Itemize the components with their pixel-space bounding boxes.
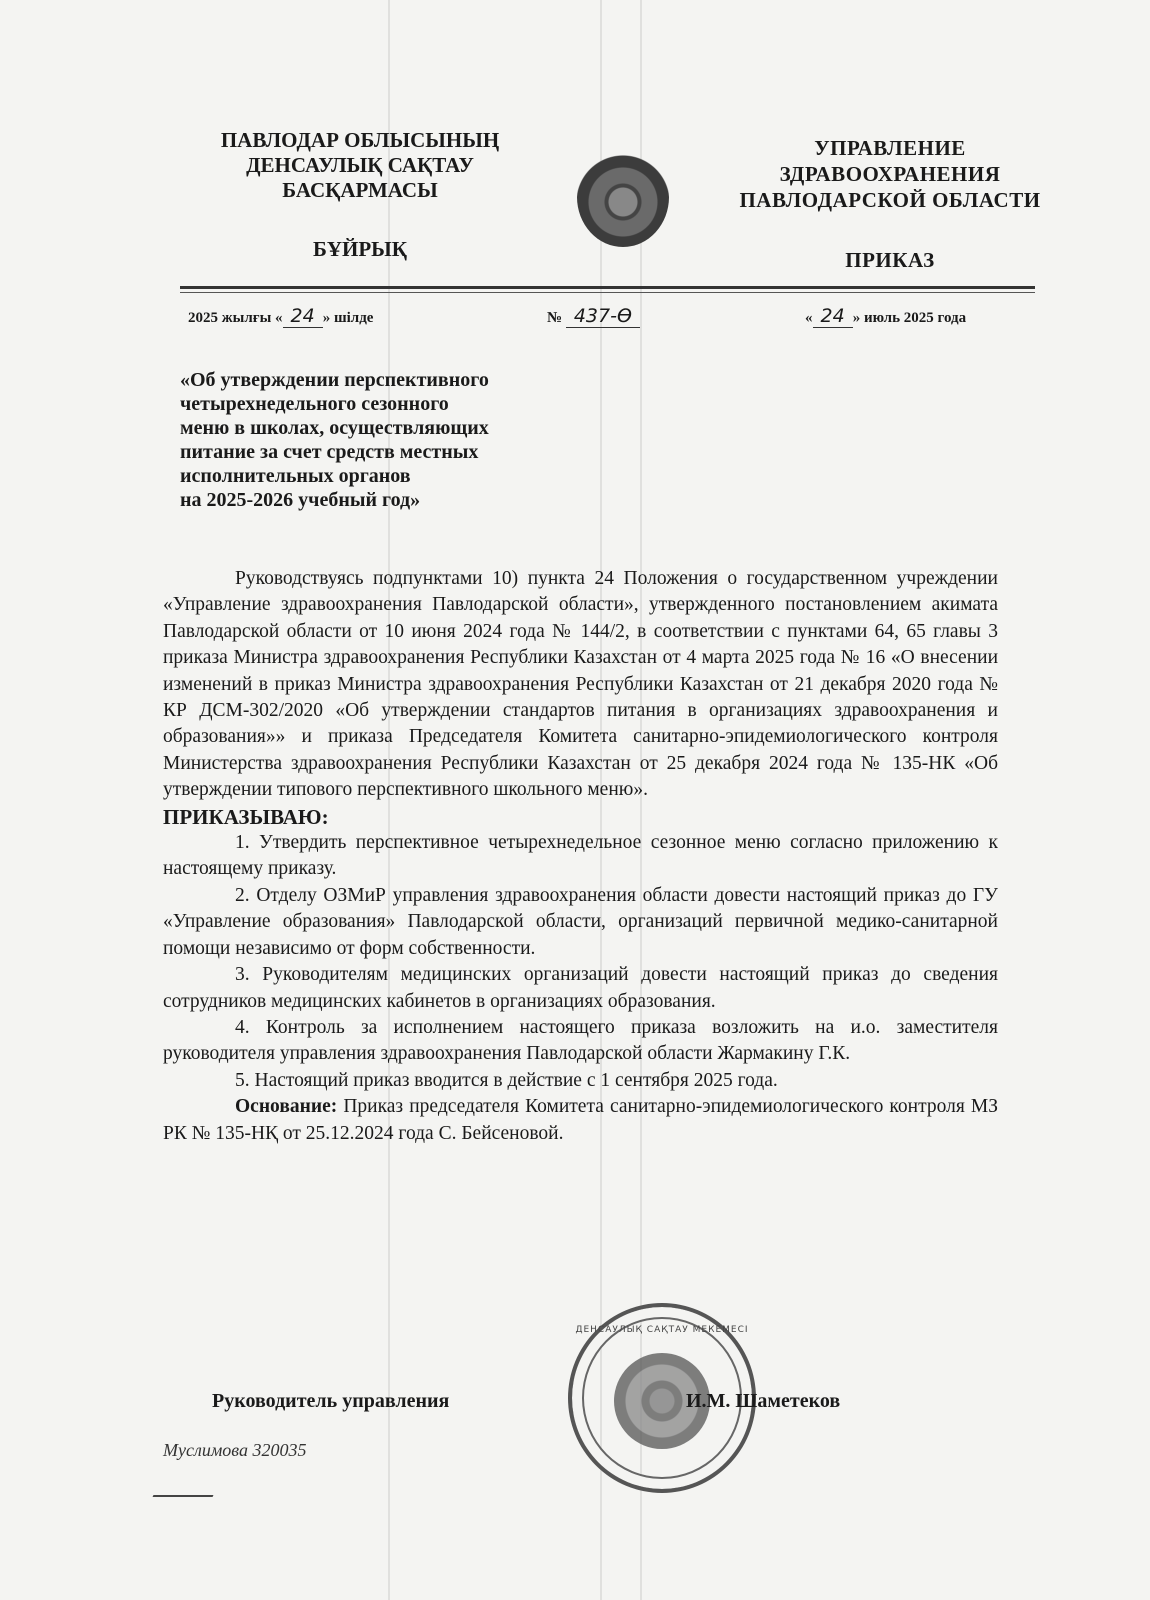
subject-line: меню в школах, осуществляющих	[180, 416, 560, 440]
state-emblem-icon	[577, 147, 669, 247]
subject-line: четырехнедельного сезонного	[180, 392, 560, 416]
org-name-ru-line: ЗДРАВООХРАНЕНИЯ	[730, 161, 1050, 187]
order-item: 3. Руководителям медицинских организаций…	[163, 962, 998, 1015]
basis-label: Основание:	[235, 1096, 337, 1117]
document-page: ПАВЛОДАР ОБЛЫСЫНЫҢ ДЕНСАУЛЫҚ САҚТАУ БАСҚ…	[0, 0, 1150, 1600]
header-right-ru: УПРАВЛЕНИЕ ЗДРАВООХРАНЕНИЯ ПАВЛОДАРСКОЙ …	[730, 135, 1050, 273]
preamble: Руководствуясь подпунктами 10) пункта 24…	[163, 566, 998, 804]
date-kz: 2025 жылғы «24» шілде	[188, 305, 373, 327]
executor-note: Муслимова 320035	[163, 1440, 307, 1461]
subject-line: на 2025-2026 учебный год»	[180, 488, 560, 512]
subject-line: исполнительных органов	[180, 464, 560, 488]
header-rule-thin	[180, 292, 1035, 293]
order-subject: «Об утверждении перспективного четырехне…	[180, 368, 560, 512]
doc-type-kz: БҰЙРЫҚ	[190, 237, 530, 262]
order-item: 1. Утвердить перспективное четырехнедель…	[163, 830, 998, 883]
org-name-kz-line: БАСҚАРМАСЫ	[190, 178, 530, 203]
signer-position: Руководитель управления	[212, 1390, 449, 1413]
order-body: Руководствуясь подпунктами 10) пункта 24…	[163, 566, 998, 1147]
order-item: 5. Настоящий приказ вводится в действие …	[163, 1068, 998, 1094]
handwritten-order-number: 437-Ө	[566, 305, 640, 328]
basis: Основание: Приказ председателя Комитета …	[163, 1094, 998, 1147]
signature-scribble-icon	[153, 1465, 228, 1497]
order-number: № 437-Ө	[547, 305, 640, 327]
org-name-kz-line: ДЕНСАУЛЫҚ САҚТАУ	[190, 153, 530, 178]
org-name-ru-line: ПАВЛОДАРСКОЙ ОБЛАСТИ	[730, 187, 1050, 213]
handwritten-day-kz: 24	[283, 305, 323, 328]
org-name-kz-line: ПАВЛОДАР ОБЛЫСЫНЫҢ	[190, 128, 530, 153]
subject-line: «Об утверждении перспективного	[180, 368, 560, 392]
doc-type-ru: ПРИКАЗ	[730, 247, 1050, 273]
order-word: ПРИКАЗЫВАЮ:	[163, 804, 998, 830]
order-item: 2. Отделу ОЗМиР управления здравоохранен…	[163, 883, 998, 962]
order-item: 4. Контроль за исполнением настоящего пр…	[163, 1015, 998, 1068]
signer-name: И.М. Шаметеков	[686, 1390, 840, 1413]
handwritten-day-ru: 24	[813, 305, 853, 328]
header-left-kz: ПАВЛОДАР ОБЛЫСЫНЫҢ ДЕНСАУЛЫҚ САҚТАУ БАСҚ…	[190, 128, 530, 262]
date-ru: «24» июль 2025 года	[805, 305, 966, 327]
org-name-ru-line: УПРАВЛЕНИЕ	[730, 135, 1050, 161]
subject-line: питание за счет средств местных	[180, 440, 560, 464]
header-rule-thick	[180, 286, 1035, 289]
seal-text: ДЕНСАУЛЫҚ САҚТАУ МЕКЕМЕСІ	[572, 1325, 752, 1335]
